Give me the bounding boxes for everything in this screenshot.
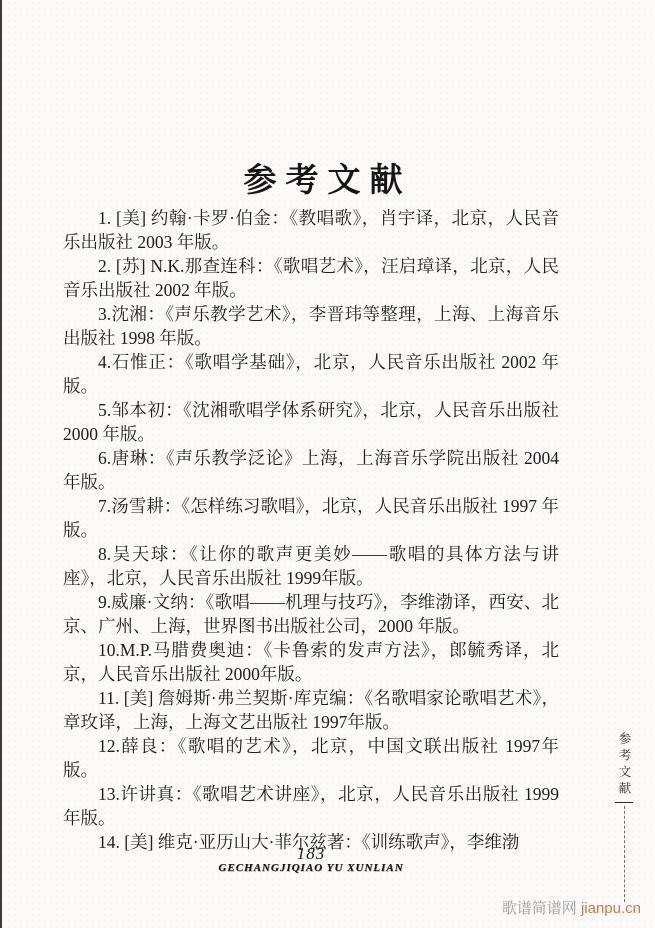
- reference-entry: 1. [美] 约翰·卡罗·伯金：《教唱歌》，肖宇译，北京，人民音乐出版社 200…: [63, 206, 559, 254]
- reference-entry: 6.唐琳：《声乐教学泛论》上海，上海音乐学院出版社 2004 年版。: [63, 446, 559, 494]
- sidebar-chapter-label: 参考文献: [615, 732, 633, 803]
- references-list: 1. [美] 约翰·卡罗·伯金：《教唱歌》，肖宇译，北京，人民音乐出版社 200…: [63, 206, 559, 854]
- reference-entry: 9.威廉·文纳：《歌唱——机理与技巧》，李维渤译，西安、北京、广州、上海，世界图…: [63, 590, 559, 638]
- page-number: 183: [63, 844, 559, 864]
- book-title-pinyin: GECHANGJIQIAO YU XUNLIAN: [63, 862, 559, 874]
- watermark-site-url: jianpu.cn: [581, 900, 641, 917]
- page-footer: 183 GECHANGJIQIAO YU XUNLIAN: [63, 844, 559, 874]
- site-watermark: 歌谱简谱网 jianpu.cn: [502, 897, 641, 918]
- reference-entry: 4.石惟正：《歌唱学基础》，北京，人民音乐出版社 2002 年版。: [63, 350, 559, 398]
- scanned-book-page: 参考文献 1. [美] 约翰·卡罗·伯金：《教唱歌》，肖宇译，北京，人民音乐出版…: [0, 0, 655, 928]
- reference-entry: 13.许讲真：《歌唱艺术讲座》，北京，人民音乐出版社 1999 年版。: [63, 782, 559, 830]
- reference-entry: 3.沈湘：《声乐教学艺术》，李晋玮等整理，上海、上海音乐出版社 1998 年版。: [63, 302, 559, 350]
- reference-entry: 8.吴天球：《让你的歌声更美妙——歌唱的具体方法与讲座》，北京，人民音乐出版社 …: [63, 542, 559, 590]
- page-title: 参考文献: [0, 154, 655, 201]
- reference-entry: 12.薛良：《歌唱的艺术》，北京，中国文联出版社 1997年版。: [63, 734, 559, 782]
- reference-entry: 2. [苏] N.K.那查连科：《歌唱艺术》，汪启璋译，北京，人民音乐出版社 2…: [63, 254, 559, 302]
- reference-entry: 7.汤雪耕：《怎样练习歌唱》，北京，人民音乐出版社 1997 年版。: [63, 494, 559, 542]
- scan-edge-line: [0, 0, 2, 928]
- sidebar-dashed-rule: [624, 806, 625, 902]
- watermark-site-name: 歌谱简谱网: [502, 900, 577, 917]
- reference-entry: 10.M.P.马腊费奥迪：《卡鲁索的发声方法》，郎毓秀译，北京，人民音乐出版社 …: [63, 638, 559, 686]
- reference-entry: 11. [美] 詹姆斯·弗兰契斯·库克编：《名歌唱家论歌唱艺术》，章玫译，上海，…: [63, 686, 559, 734]
- reference-entry: 5.邹本初：《沈湘歌唱学体系研究》，北京，人民音乐出版社 2000 年版。: [63, 398, 559, 446]
- margin-sidebar: 参考文献: [615, 732, 633, 902]
